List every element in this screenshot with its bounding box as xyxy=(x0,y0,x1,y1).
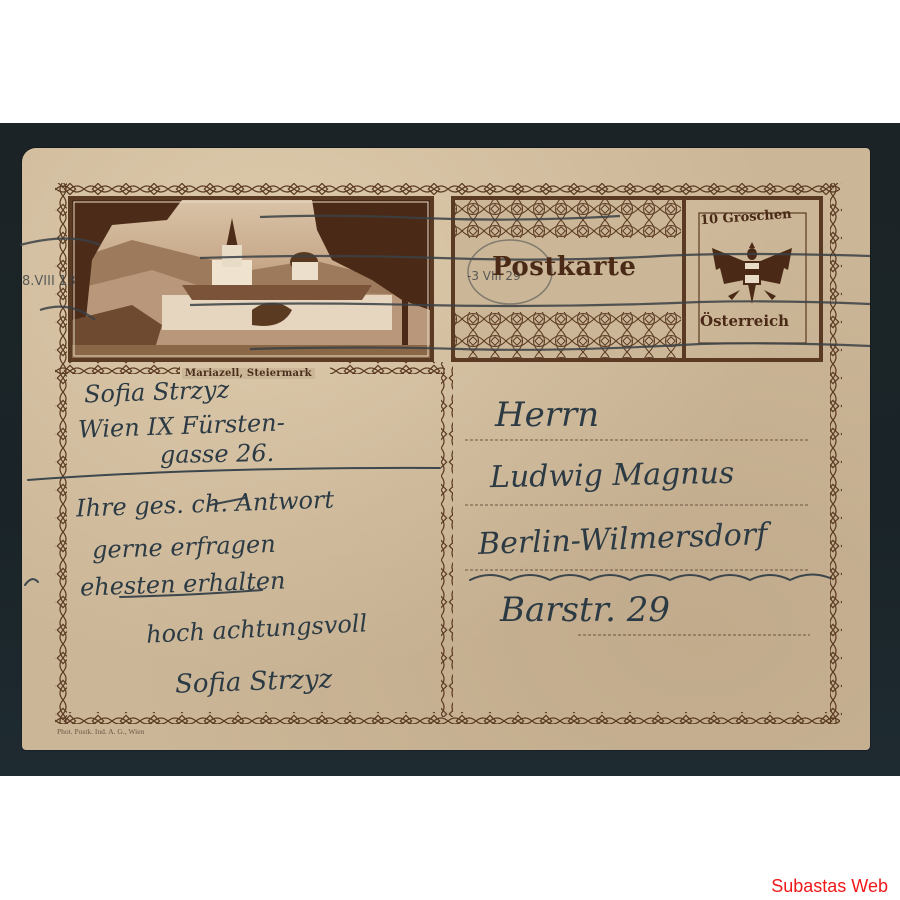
sender-line: Sofia Strzyz xyxy=(84,375,230,408)
printer-credit: Phot. Postk. Ind. A. G., Wien xyxy=(57,727,144,736)
address-line: Barstr. 29 xyxy=(500,590,670,630)
landscape-illustration xyxy=(72,200,430,358)
sender-line: gasse 26. xyxy=(160,439,275,469)
address-line: Herrn xyxy=(495,395,599,435)
mariazell-picture xyxy=(72,200,430,358)
stamp-country: Österreich xyxy=(700,312,789,330)
postkarte-title: Postkarte xyxy=(492,252,636,282)
sender-signature: Sofia Strzyz xyxy=(175,664,333,699)
address-line: Ludwig Magnus xyxy=(490,456,735,495)
watermark: Subastas Web xyxy=(771,876,888,897)
